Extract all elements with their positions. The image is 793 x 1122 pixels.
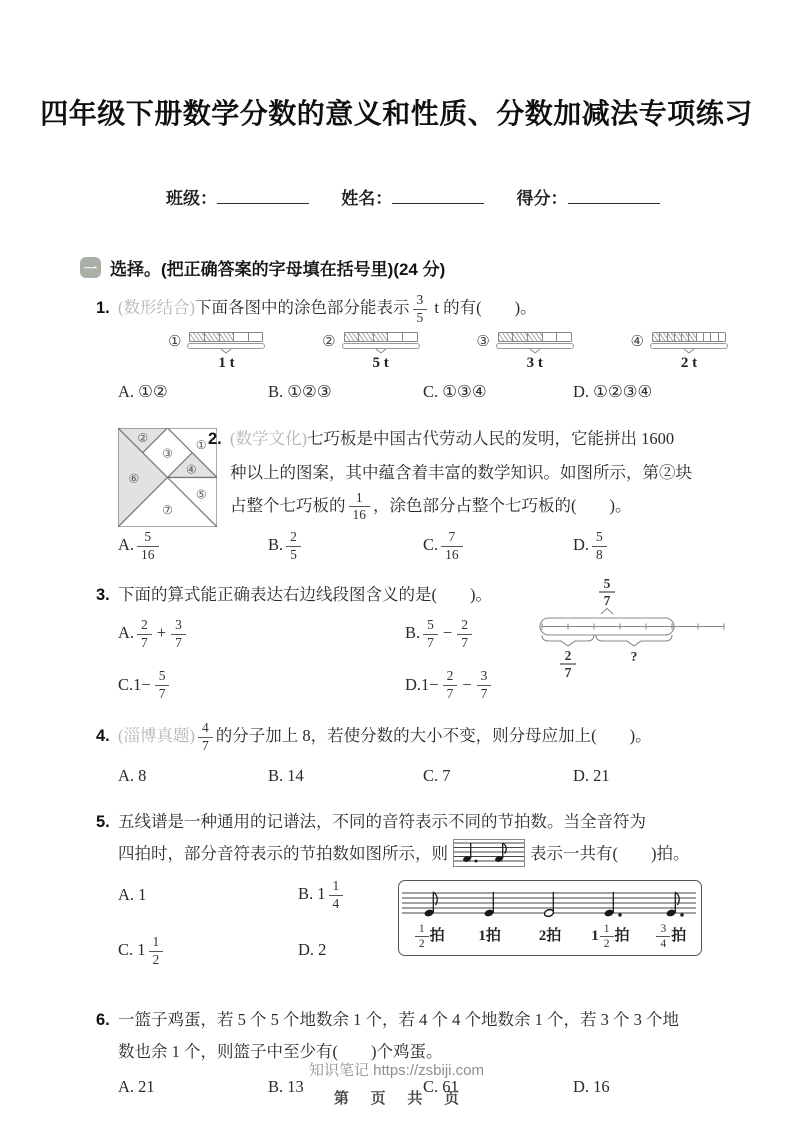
bar-label: 5 t bbox=[373, 354, 389, 372]
question-5-line2: 四拍时，部分音符表示的节拍数如图所示，则 表示一共有( )拍。 bbox=[118, 838, 740, 870]
fraction: 37 bbox=[171, 618, 186, 651]
section-header: 一 选择。(把正确答案的字母填在括号里)(24 分) bbox=[80, 255, 793, 280]
fraction: 12 bbox=[149, 935, 164, 968]
question-6-number: 6. bbox=[96, 1004, 118, 1036]
bar-diagram-1: ① 1 t bbox=[168, 332, 265, 372]
circled-number-3: ③ bbox=[476, 334, 489, 351]
segment-top-denominator: 7 bbox=[604, 593, 611, 608]
fraction: 35 bbox=[413, 293, 428, 326]
question-3: 3.下面的算式能正确表达右边线段图含义的是( )。 A.27+37 B.57−2… bbox=[118, 579, 740, 702]
dotted-quarter-note-icon bbox=[462, 843, 477, 863]
class-label: 班级： bbox=[166, 189, 217, 208]
bar-label: 3 t bbox=[527, 354, 543, 372]
question-1: 1.(数形结合)下面各图中的涂色部分能表示35 t 的有( )。 ① 1 t ② bbox=[118, 292, 740, 408]
question-1-text: 下面各图中的涂色部分能表示 bbox=[195, 298, 410, 317]
bar-figure: 3 t bbox=[496, 332, 574, 372]
page-footer: 知识笔记 https://zsbiji.com 第 页 共 页 bbox=[0, 1059, 793, 1108]
q1-bar-diagrams: ① 1 t ② 5 t ③ bbox=[168, 332, 728, 372]
q1-option-d: D. ①②③④ bbox=[573, 376, 740, 408]
bar-label: 2 t bbox=[681, 354, 697, 372]
line-segment-diagram: 5 7 2 7 ? bbox=[538, 577, 738, 683]
q4-option-c: C. 7 bbox=[423, 760, 573, 792]
question-2-line3: 占整个七巧板的 bbox=[230, 496, 346, 515]
fraction: 27 bbox=[457, 618, 472, 651]
question-4-text: 的分子加上 8，若使分数的大小不变，则分母应加上( )。 bbox=[216, 726, 652, 745]
question-2-line2: 种以上的图案，其中蕴含着丰富的数学知识。如图所示，第②块 bbox=[230, 463, 692, 482]
inline-notes-figure bbox=[453, 839, 525, 867]
tangram-label-6: ⑥ bbox=[129, 471, 140, 485]
section-one-icon: 一 bbox=[80, 257, 101, 278]
bar-label: 1 t bbox=[218, 354, 234, 372]
circled-number-4: ④ bbox=[631, 334, 644, 351]
staff-figure: 12拍 1拍 2拍 112拍 34拍 bbox=[398, 880, 702, 956]
section-title: 选择。(把正确答案的字母填在括号里)(24 分) bbox=[110, 255, 445, 280]
q1-options: A. ①② B. ①②③ C. ①③④ D. ①②③④ bbox=[118, 376, 740, 408]
bar-diagram-2: ② 5 t bbox=[322, 332, 419, 372]
underbrace-left-icon bbox=[542, 635, 594, 646]
q1-option-b: B. ①②③ bbox=[268, 376, 423, 408]
student-info-line: 班级： 姓名： 得分： bbox=[166, 184, 793, 209]
staff-label-1: 12拍 bbox=[399, 922, 459, 951]
question-5-lower: A. 1 B. 114 C. 112 D. 2 bbox=[118, 878, 740, 984]
q2-option-d: D.58 bbox=[573, 529, 740, 563]
q1-option-a: A. ①② bbox=[118, 376, 268, 408]
question-2-line3-after: ，涂色部分占整个七巧板的( )。 bbox=[373, 496, 632, 515]
fraction: 27 bbox=[137, 618, 152, 651]
question-5: 5.五线谱是一种通用的记谱法，不同的音符表示不同的节拍数。当全音符为 四拍时，部… bbox=[118, 806, 740, 984]
question-1-number: 1. bbox=[96, 292, 118, 324]
q4-option-b: B. 14 bbox=[268, 760, 423, 792]
minus-operator: − bbox=[443, 623, 452, 642]
question-5-number: 5. bbox=[96, 806, 118, 838]
question-2-line1: 七巧板是中国古代劳动人民的发明，它能拼出 1600 bbox=[307, 429, 674, 448]
segment-question-mark: ? bbox=[631, 649, 638, 664]
bar-figure: 1 t bbox=[187, 332, 265, 372]
q4-options: A. 8 B. 14 C. 7 D. 21 bbox=[118, 760, 740, 792]
bar-diagram-4: ④ 2 t bbox=[631, 332, 728, 372]
question-3-number: 3. bbox=[96, 579, 118, 611]
score-blank bbox=[568, 188, 660, 204]
tangram-label-2: ② bbox=[137, 431, 148, 445]
fraction: 116 bbox=[349, 491, 371, 524]
q2-option-a: A.516 bbox=[118, 529, 268, 563]
question-5-line1: 5.五线谱是一种通用的记谱法，不同的音符表示不同的节拍数。当全音符为 bbox=[118, 806, 740, 838]
fraction-bar bbox=[189, 332, 263, 342]
tangram-figure: ① ② ③ ④ ⑤ ⑥ ⑦ bbox=[118, 428, 217, 527]
minus-operator: − bbox=[462, 675, 471, 694]
q2-option-b: B.25 bbox=[268, 529, 423, 563]
q5-option-c: C. 112 bbox=[118, 934, 298, 968]
section-title-text: 选择。 bbox=[110, 260, 161, 279]
q5-option-a: A. 1 bbox=[118, 879, 298, 911]
section-subtitle: (把正确答案的字母填在括号里)(24 分) bbox=[161, 260, 445, 279]
class-blank bbox=[217, 188, 309, 204]
question-4-tag: (淄博真题) bbox=[118, 726, 195, 745]
staff-label-4: 112拍 bbox=[580, 922, 640, 951]
bar-figure: 2 t bbox=[650, 332, 728, 372]
underbrace-right-icon bbox=[596, 635, 672, 646]
staff-label-5: 34拍 bbox=[641, 922, 701, 951]
bar-figure: 5 t bbox=[342, 332, 420, 372]
fraction: 58 bbox=[592, 530, 607, 563]
question-6-line1: 6.一篮子鸡蛋，若 5 个 5 个地数余 1 个，若 4 个 4 个地数余 1 … bbox=[118, 1004, 740, 1036]
eighth-note-icon bbox=[424, 892, 438, 917]
question-4-number: 4. bbox=[96, 720, 118, 752]
question-1-tag: (数形结合) bbox=[118, 298, 195, 317]
fraction: 37 bbox=[477, 669, 492, 702]
half-note-icon bbox=[544, 892, 555, 917]
staff-label-3: 2拍 bbox=[520, 922, 580, 951]
name-blank bbox=[392, 188, 484, 204]
q3-option-c: C.1−57 bbox=[118, 669, 405, 703]
plus-operator: + bbox=[157, 623, 166, 642]
bar-diagram-3: ③ 3 t bbox=[476, 332, 573, 372]
staff-labels: 12拍 1拍 2拍 112拍 34拍 bbox=[399, 922, 701, 951]
question-4-stem: 4.(淄博真题)47的分子加上 8，若使分数的大小不变，则分母应加上( )。 bbox=[118, 720, 740, 754]
tangram-label-5: ⑤ bbox=[196, 487, 207, 501]
question-2-number: 2. bbox=[208, 423, 230, 456]
worksheet-page: 四年级下册数学分数的意义和性质、分数加减法专项练习 班级： 姓名： 得分： 一 … bbox=[0, 0, 793, 1122]
question-4: 4.(淄博真题)47的分子加上 8，若使分数的大小不变，则分母应加上( )。 A… bbox=[118, 720, 740, 792]
tangram-label-3: ③ bbox=[162, 446, 173, 460]
circled-number-1: ① bbox=[168, 334, 181, 351]
staff-notes bbox=[399, 888, 699, 920]
footer-site: 知识笔记 https://zsbiji.com bbox=[0, 1059, 793, 1080]
q3-option-a: A.27+37 bbox=[118, 617, 405, 651]
fraction: 516 bbox=[137, 530, 159, 563]
circled-number-2: ② bbox=[322, 334, 335, 351]
staff-label-2: 1拍 bbox=[459, 922, 519, 951]
question-3-text: 下面的算式能正确表达右边线段图含义的是( )。 bbox=[118, 585, 492, 604]
eighth-note-icon bbox=[494, 843, 506, 863]
score-label: 得分： bbox=[517, 189, 568, 208]
fraction: 14 bbox=[329, 879, 344, 912]
fraction: 47 bbox=[198, 721, 213, 754]
page-title: 四年级下册数学分数的意义和性质、分数加减法专项练习 bbox=[0, 0, 793, 132]
fraction-bar bbox=[498, 332, 572, 342]
question-2-stem: 2. ① ② ③ ④ ⑤ ⑥ ⑦ (数学文化)七巧板是中国古代劳动人民的发明，它… bbox=[118, 422, 740, 524]
fraction: 57 bbox=[155, 669, 170, 702]
question-1-stem: 1.(数形结合)下面各图中的涂色部分能表示35 t 的有( )。 bbox=[118, 292, 740, 326]
q2-option-c: C.716 bbox=[423, 529, 573, 563]
question-1-text-after: t 的有( )。 bbox=[430, 298, 536, 317]
inline-notes-icon bbox=[454, 840, 524, 866]
overbrace-tick-icon bbox=[601, 608, 613, 614]
footer-page-info: 第 页 共 页 bbox=[0, 1087, 793, 1108]
name-label: 姓名： bbox=[341, 189, 392, 208]
question-2: 2. ① ② ③ ④ ⑤ ⑥ ⑦ (数学文化)七巧板是中国古代劳动人民的发明，它… bbox=[118, 422, 740, 563]
q2-options: A.516 B.25 C.716 D.58 bbox=[118, 529, 740, 563]
tangram-label-4: ④ bbox=[186, 462, 197, 476]
dotted-quarter-note-icon bbox=[604, 892, 622, 917]
fraction: 25 bbox=[286, 530, 301, 563]
question-2-tag: (数学文化) bbox=[230, 429, 307, 448]
fraction: 27 bbox=[443, 669, 458, 702]
segment-top-numerator: 5 bbox=[604, 577, 611, 591]
q4-option-a: A. 8 bbox=[118, 760, 268, 792]
tangram-label-1: ① bbox=[196, 438, 207, 452]
q4-option-d: D. 21 bbox=[573, 760, 740, 792]
q3-options: A.27+37 B.57−27 C.1−57 D.1−27−37 bbox=[118, 617, 588, 702]
fraction: 57 bbox=[423, 618, 438, 651]
question-3-body: 3.下面的算式能正确表达右边线段图含义的是( )。 A.27+37 B.57−2… bbox=[118, 579, 740, 702]
dotted-eighth-note-icon bbox=[666, 892, 684, 917]
tangram-label-7: ⑦ bbox=[162, 503, 173, 517]
quarter-note-icon bbox=[484, 892, 495, 917]
segment-left-numerator: 2 bbox=[565, 648, 572, 663]
segment-left-denominator: 7 bbox=[565, 665, 572, 680]
fraction-bar bbox=[652, 332, 726, 342]
fraction-bar bbox=[344, 332, 418, 342]
q1-option-c: C. ①③④ bbox=[423, 376, 573, 408]
fraction: 716 bbox=[441, 530, 463, 563]
